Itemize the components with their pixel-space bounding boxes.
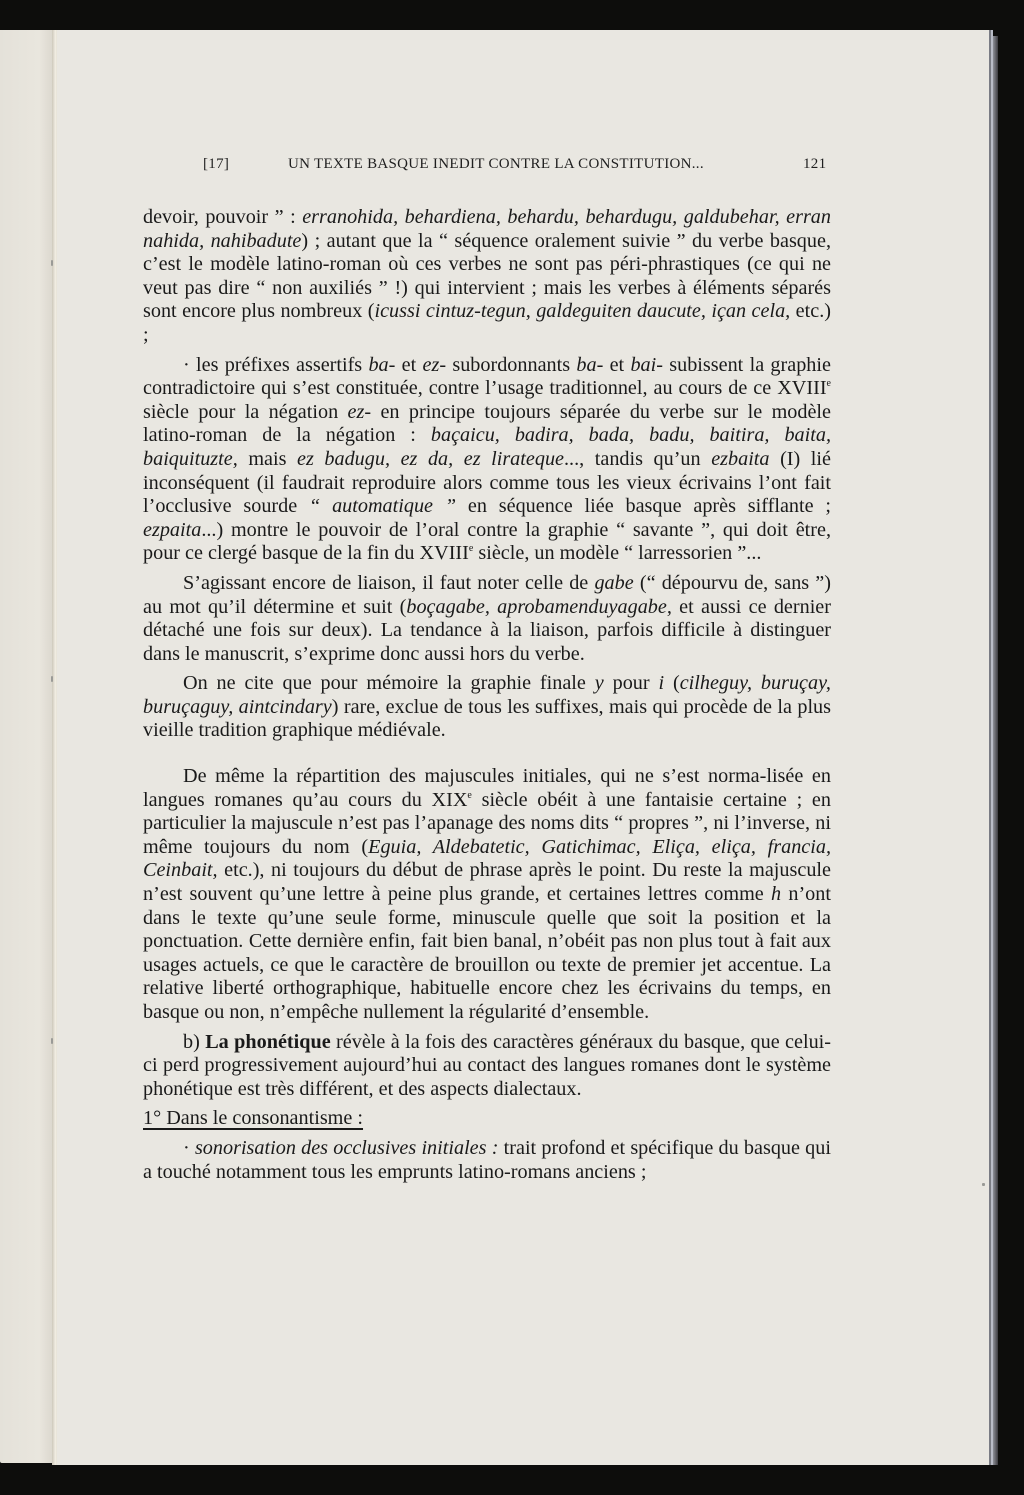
folio-bracket: [17] [203, 156, 229, 173]
text-run: pour [604, 672, 659, 694]
italic-term: ezbaita [711, 448, 769, 470]
superscript: e [827, 378, 831, 389]
text-run: On ne cite que pour mémoire la graphie f… [183, 672, 595, 694]
text-run: etc.), ni toujours du début de phrase ap… [143, 859, 831, 905]
paragraph-p4: On ne cite que pour mémoire la graphie f… [143, 672, 831, 743]
text-run: siècle, un modèle “ larressorien ”... [473, 542, 761, 564]
text-run: ..., tandis qu’un [564, 448, 711, 470]
paragraph-p6: b) La phonétique révèle à la fois des ca… [143, 1031, 831, 1102]
paragraph-last: · sonorisation des occlusives initiales … [143, 1137, 831, 1184]
italic-term: ez badugu, ez da, ez lirateque [297, 448, 564, 470]
scan-speck [51, 1038, 53, 1044]
italic-term: ez- [423, 354, 447, 376]
text-run: devoir, pouvoir ” : [143, 206, 302, 228]
scan-speck [51, 260, 53, 266]
text-run: S’agissant encore de liaison, il faut no… [183, 572, 594, 594]
text-run: siècle pour la négation [143, 401, 348, 423]
text-run: ( [664, 672, 680, 694]
facing-page-edge [0, 30, 56, 1463]
paragraph-p1: devoir, pouvoir ” : erranohida, behardie… [143, 206, 831, 348]
paragraph-p2: · les préfixes assertifs ba- et ez- subo… [143, 354, 831, 566]
bullet: · [183, 1137, 195, 1159]
text-run: b) [183, 1031, 205, 1053]
italic-term: icussi cintuz-tegun, galdeguiten daucute… [374, 300, 790, 322]
text-run: mais [238, 448, 297, 470]
text-run: et [603, 354, 630, 376]
italic-term: “ automatique ” [309, 495, 456, 517]
italic-term: gabe [594, 572, 633, 594]
bold-heading: La phonétique [205, 1031, 330, 1053]
italic-term: h [771, 883, 781, 905]
italic-term: ez- [348, 401, 372, 423]
term: sonorisation des occlusives initiales : [195, 1137, 498, 1159]
body-text: devoir, pouvoir ” : erranohida, behardie… [143, 206, 831, 1184]
paragraph-p3: S’agissant encore de liaison, il faut no… [143, 572, 831, 666]
italic-term: ba- [576, 354, 603, 376]
page-number: 121 [803, 156, 826, 173]
text-run: et [395, 354, 422, 376]
italic-term: boçagabe, aprobamenduyagabe, [406, 596, 672, 618]
text-run: · les préfixes assertifs [183, 354, 368, 376]
italic-term: ba- [368, 354, 395, 376]
running-title: UN TEXTE BASQUE INEDIT CONTRE LA CONSTIT… [288, 156, 704, 173]
paragraph-p5: De même la répartition des majuscules in… [143, 765, 831, 1025]
text-run: subordonnants [446, 354, 576, 376]
scan-speck [982, 1183, 985, 1186]
italic-term: bai- [630, 354, 663, 376]
page-edge-shadow [993, 36, 998, 1465]
scan-speck [51, 676, 53, 682]
section-subheading: 1° Dans le consonantisme : [143, 1107, 831, 1131]
italic-term: ezpaita [143, 519, 201, 541]
italic-term: y [595, 672, 604, 694]
text-run: en séquence liée basque après sifflante … [456, 495, 831, 517]
